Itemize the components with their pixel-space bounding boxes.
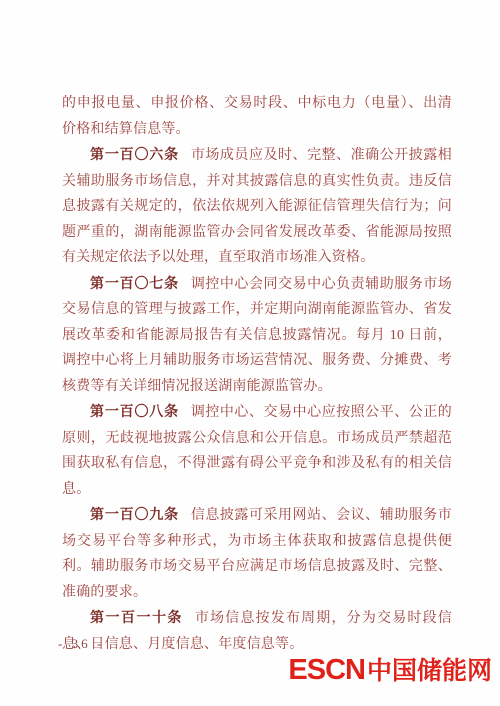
- document-paragraph: 第一百一十条市场信息按发布周期，分为交易时段信息、日信息、月度信息、年度信息等。: [62, 605, 452, 657]
- article-number: 第一百〇六条: [90, 146, 191, 162]
- document-paragraph: 第一百〇七条调控中心会同交易中心负责辅助服务市场交易信息的管理与披露工作，并定期…: [62, 271, 452, 400]
- escn-logo-chinese: 中国储能网: [367, 658, 492, 683]
- document-body: 的申报电量、申报价格、交易时段、中标电力（电量）、出清价格和结算信息等。 第一百…: [62, 91, 452, 657]
- escn-logo-latin: ESCN: [288, 656, 365, 685]
- document-paragraph: 第一百〇九条信息披露可采用网站、会议、辅助服务市场交易平台等多种形式，为市场主体…: [62, 502, 452, 605]
- document-paragraph: 第一百〇六条市场成员应及时、完整、准确公开披露相关辅助服务市场信息，并对其披露信…: [62, 142, 452, 271]
- page-number: - 36 -: [58, 636, 104, 652]
- article-number: 第一百〇八条: [90, 403, 191, 419]
- document-paragraph: 第一百〇八条调控中心、交易中心应按照公平、公正的原则，无歧视地披露公众信息和公开…: [62, 399, 452, 502]
- paragraph-text: 的申报电量、申报价格、交易时段、中标电力（电量）、出清价格和结算信息等。: [62, 96, 452, 137]
- document-page: 的申报电量、申报价格、交易时段、中标电力（电量）、出清价格和结算信息等。 第一百…: [0, 0, 500, 706]
- article-number: 第一百〇九条: [90, 506, 191, 522]
- escn-watermark-logo: ESCN 中国储能网: [288, 656, 492, 685]
- article-number: 第一百〇七条: [90, 275, 191, 291]
- paragraph-text: 调控中心会同交易中心负责辅助服务市场交易信息的管理与披露工作，并定期向湖南能源监…: [62, 277, 452, 394]
- document-paragraph: 的申报电量、申报价格、交易时段、中标电力（电量）、出清价格和结算信息等。: [62, 91, 452, 142]
- article-number: 第一百一十条: [90, 609, 195, 625]
- paragraph-text: 市场成员应及时、完整、准确公开披露相关辅助服务市场信息，并对其披露信息的真实性负…: [62, 148, 452, 265]
